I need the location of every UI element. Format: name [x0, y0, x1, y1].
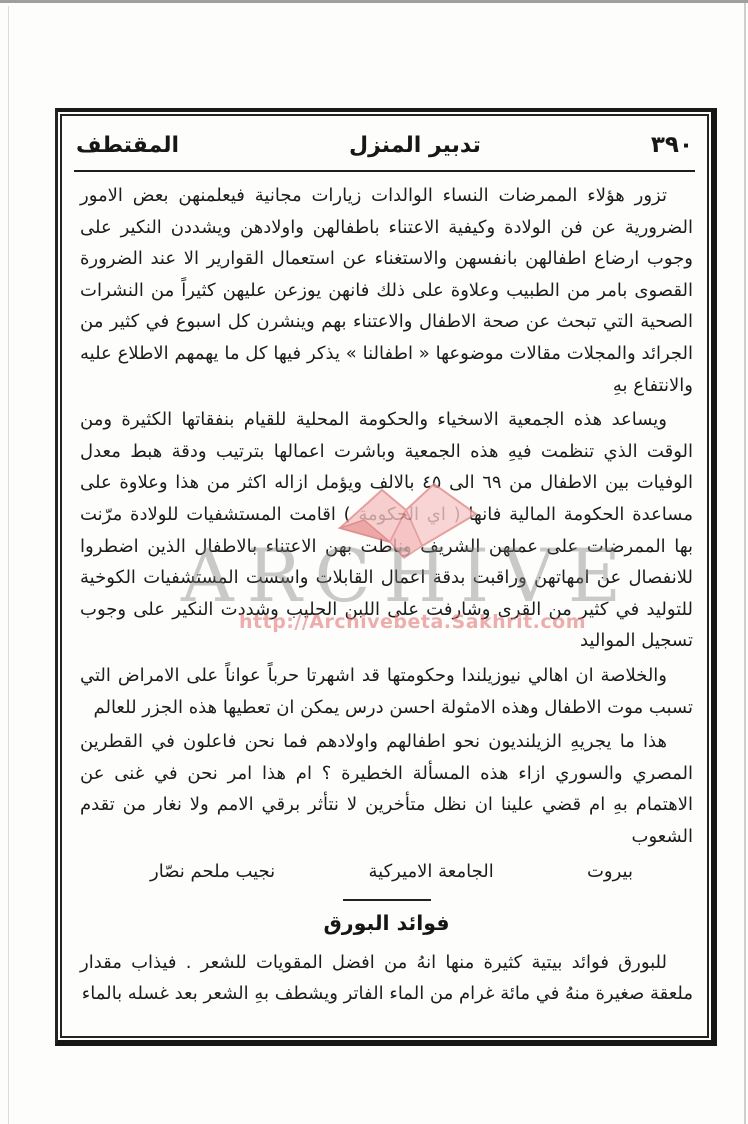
signature-author: نجيب ملحم نصّار [150, 856, 275, 888]
section-divider-rule [343, 899, 431, 901]
page-frame-inner-border: ٣٩٠ تدبير المنزل المقتطف تزور هؤلاء المم… [60, 114, 709, 1038]
scan-edge-right [744, 3, 746, 1124]
scan-edge-left [8, 6, 9, 1124]
scan-edge-top [0, 0, 748, 3]
section-running-title: تدبير المنزل [349, 133, 481, 158]
paragraph-nurses-visits: تزور هؤلاء الممرضات النساء الوالدات زيار… [80, 180, 693, 401]
scanned-magazine-page: { "running_head": { "page_number": "٣٩٠"… [0, 0, 748, 1124]
page-frame: ٣٩٠ تدبير المنزل المقتطف تزور هؤلاء المم… [55, 108, 717, 1046]
signature-institution: الجامعة الاميركية [368, 856, 493, 888]
running-head-rule [74, 170, 695, 172]
paragraph-conclusion: والخلاصة ان اهالي نيوزيلندا وحكومتها قد … [80, 660, 693, 723]
paragraph-question-egypt-syria: هذا ما يجريهِ الزيلنديون نحو اطفالهم واو… [80, 726, 693, 852]
paragraph-society-government: ويساعد هذه الجمعية الاسخياء والحكومة الم… [80, 404, 693, 657]
magazine-name: المقتطف [76, 133, 179, 158]
page-number: ٣٩٠ [651, 132, 693, 158]
running-head: ٣٩٠ تدبير المنزل المقتطف [76, 124, 693, 166]
paragraph-borax-benefits: للبورق فوائد بيتية كثيرة منها انهُ من اف… [80, 947, 693, 1010]
section-heading-borax: فوائد البورق [80, 908, 693, 940]
signature-row: بيروت الجامعة الاميركية نجيب ملحم نصّار [80, 855, 693, 888]
signature-place: بيروت [587, 856, 633, 888]
article-body: تزور هؤلاء الممرضات النساء الوالدات زيار… [80, 180, 693, 1030]
